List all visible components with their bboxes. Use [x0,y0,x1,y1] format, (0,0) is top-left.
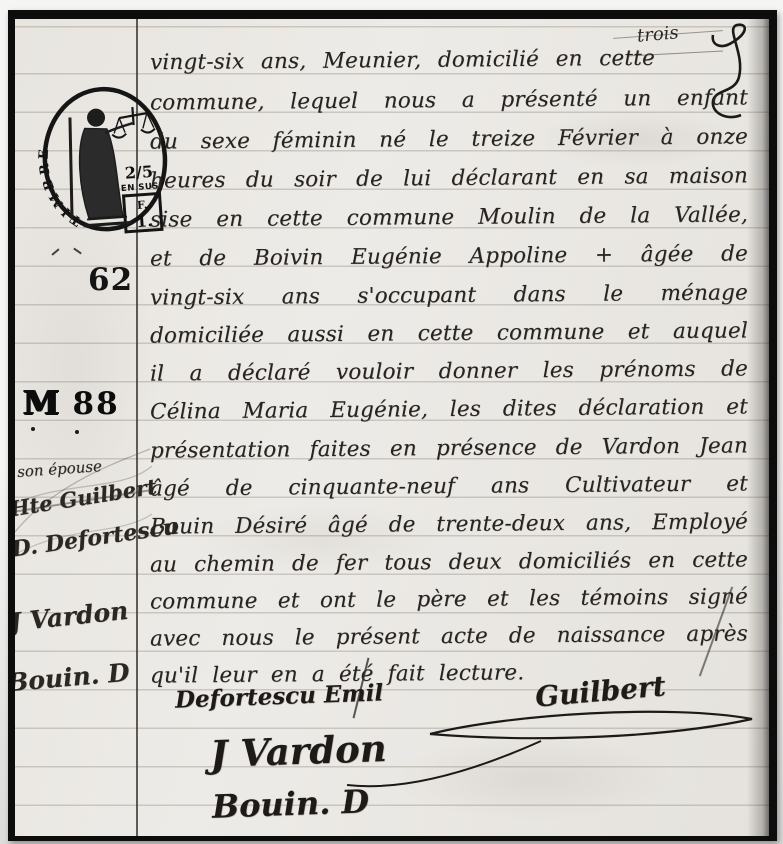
figure-robe [77,126,123,219]
manuscript-line: domiciliée aussi en cette commune et auq… [150,318,748,348]
paraph-flourish-icon [697,19,769,129]
manuscript-line: commune, lequel nous a présenté un enfan… [150,85,748,115]
signature-tail-flourish [345,735,545,795]
stamp-denom-top: F. [137,198,148,212]
manuscript-line: commune et ont le père et les témoins si… [150,584,748,614]
act-number: 62 [88,262,133,298]
manuscript-line: et de Boivin Eugénie Appoline + âgée de [150,241,748,271]
ink-dot [75,430,79,434]
ink-dot [31,427,35,431]
manuscript-line: sise en cette commune Moulin de la Vallé… [150,202,748,232]
manuscript-line: il a déclaré vouloir donner les prénoms … [150,356,748,386]
folio-number: 88 [73,386,120,422]
signature-bouin: Bouin. D [211,782,369,825]
manuscript-line: vingt-six ans s'occupant dans le ménage [150,280,748,310]
folio-letter: M [23,383,60,422]
figure-arm [105,123,133,133]
manuscript-line: avec nous le présent acte de naissance a… [150,621,748,651]
page-content: TIMBRE [15,19,769,836]
figure-head [86,108,105,127]
stamp-ring-label: TIMBRE [36,142,86,231]
manuscript-line: présentation faites en présence de Vardo… [150,433,748,463]
folio-stamp: M88 [23,383,120,422]
document-page: TIMBRE [8,10,777,841]
manuscript-line: Célina Maria Eugénie, les dites déclarat… [150,394,748,424]
manuscript-line: heures du soir de lui déclarant en sa ma… [150,163,748,193]
scanned-register-page: TIMBRE [0,0,783,844]
manuscript-line: au chemin de fer tous deux domiciliés en… [150,547,748,577]
manuscript-line: âgé de cinquante-neuf ans Cultivateur et [150,471,748,501]
manuscript-line: vingt-six ans, Meunier, domicilié en cet… [150,46,655,75]
pen-tick-marks [51,245,91,259]
manuscript-line: du sexe féminin né le treize Février à o… [150,124,748,154]
manuscript-line: Bouin Désiré âgé de trente-deux ans, Emp… [150,509,748,539]
